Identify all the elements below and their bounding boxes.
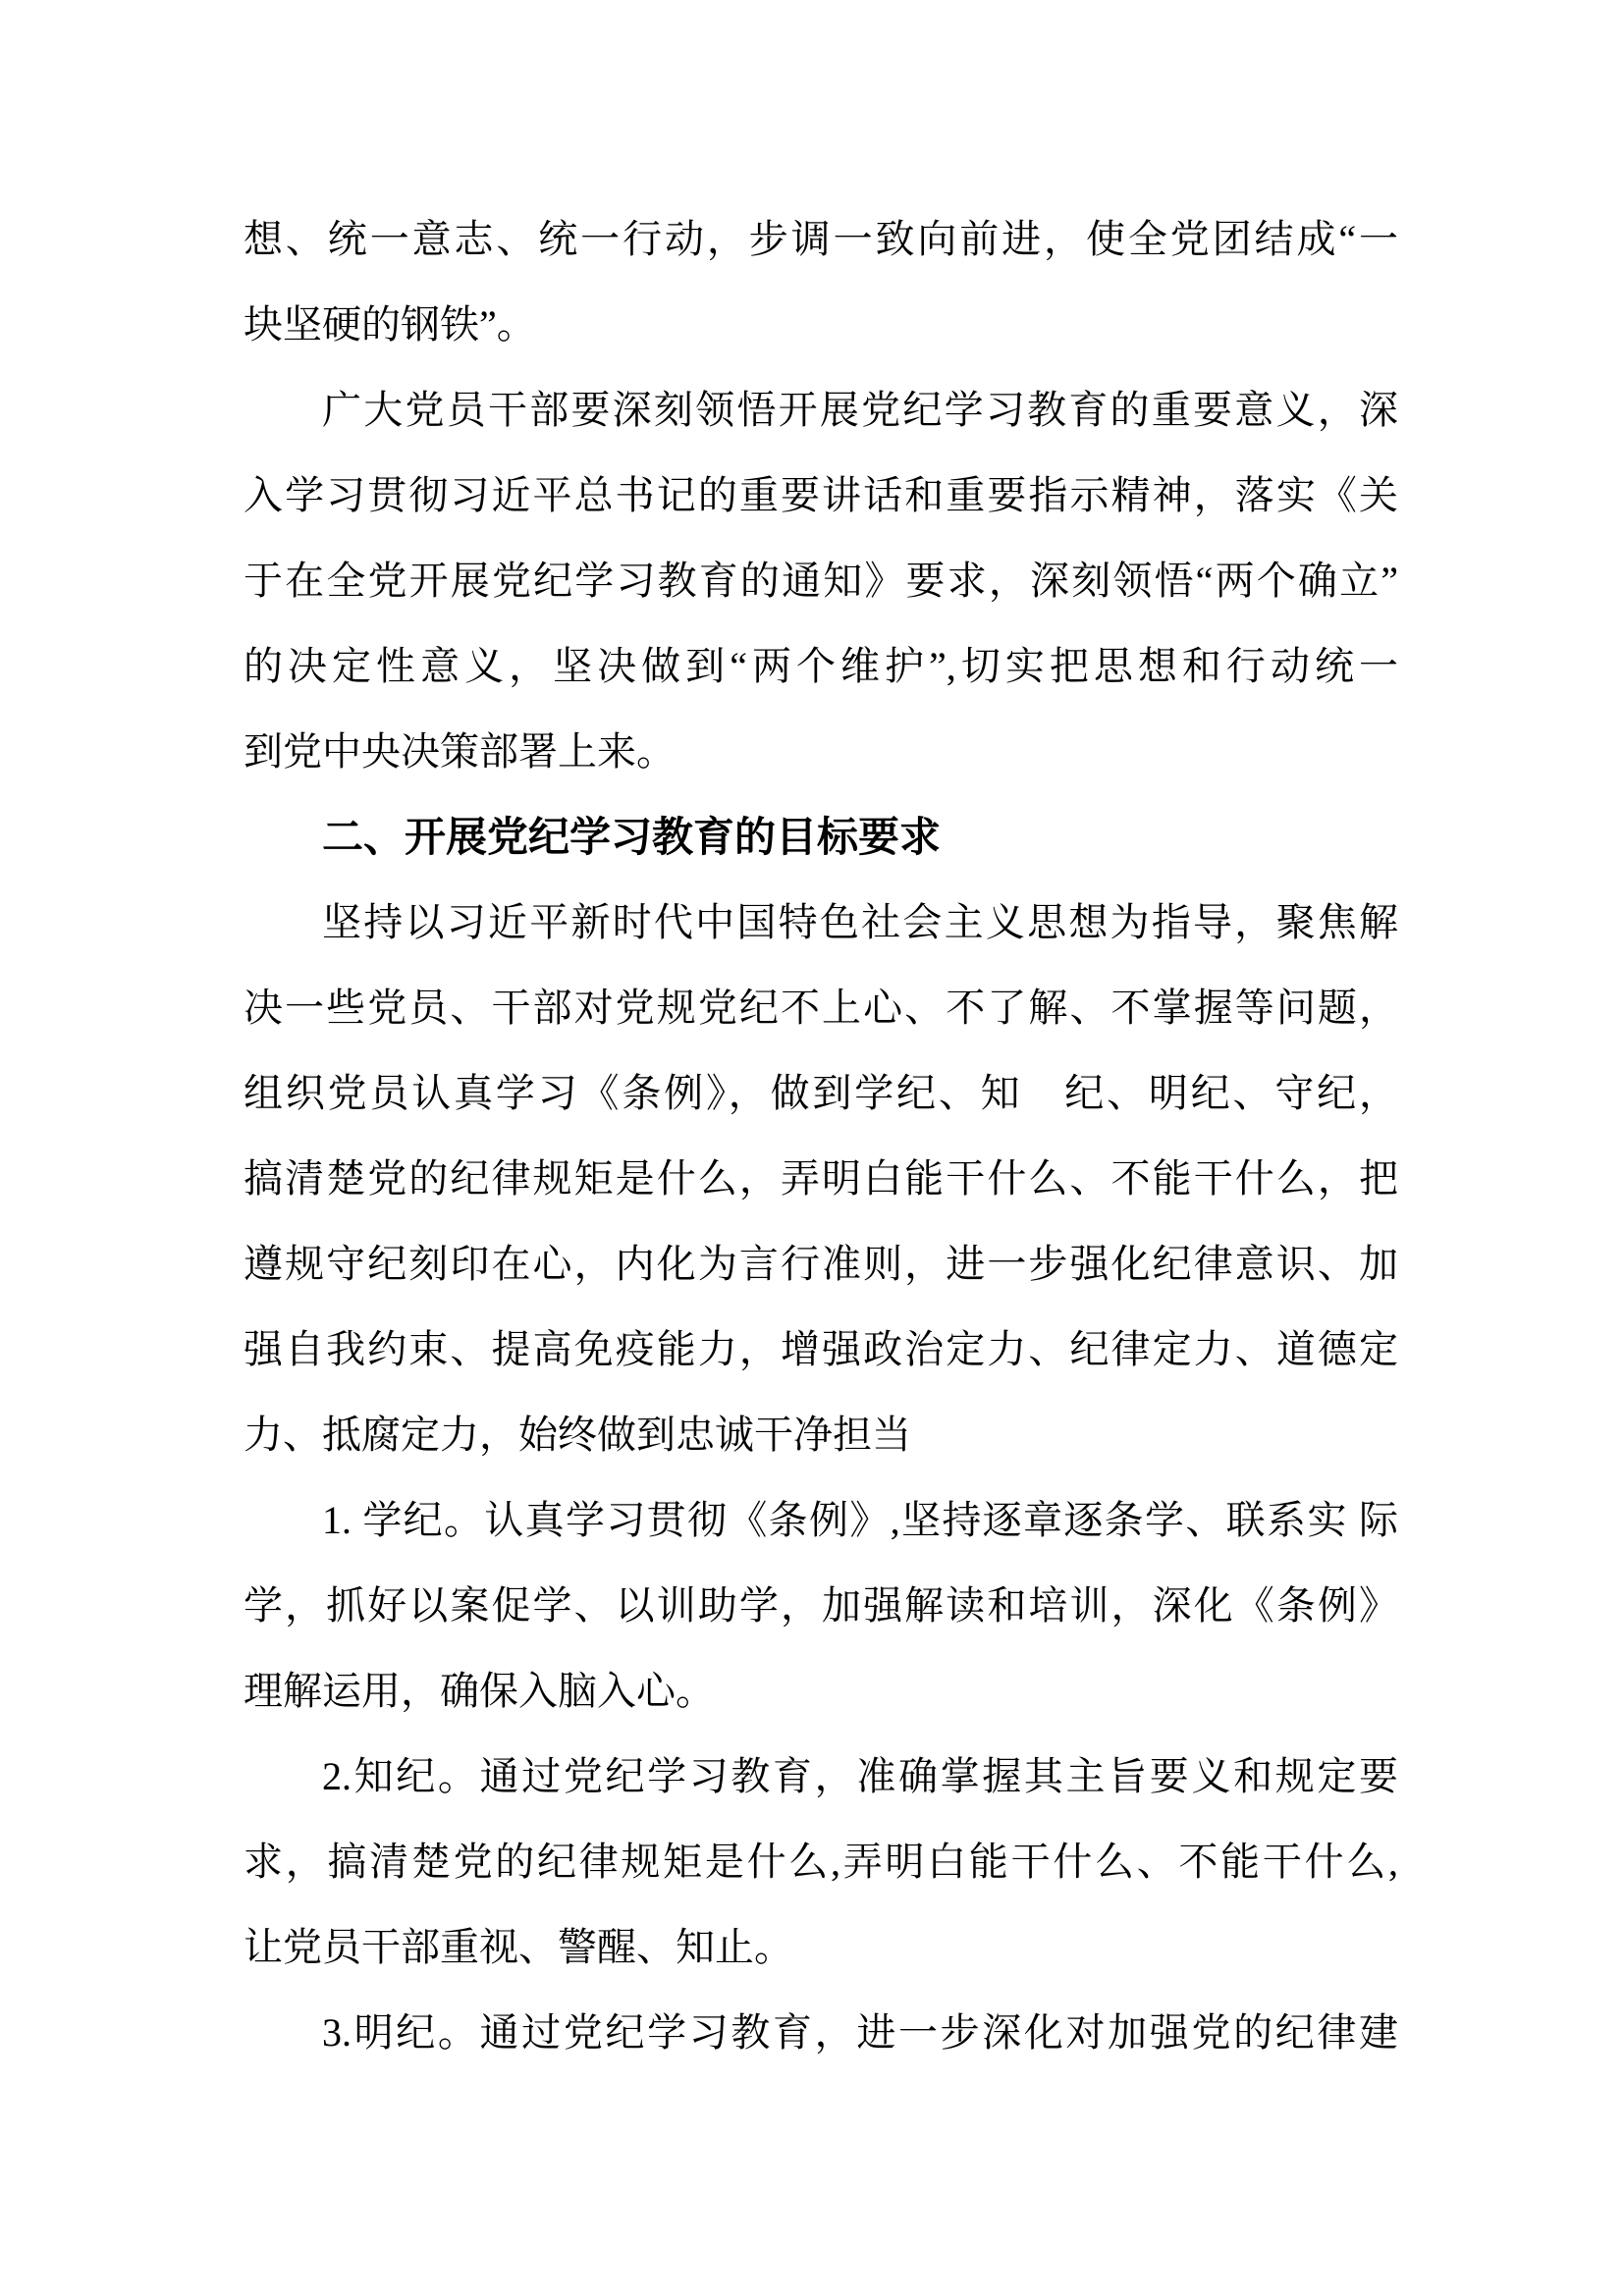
list-item-line: 1. 学纪。认真学习贯彻《条例》,坚持逐章逐条学、联系实 际	[244, 1477, 1398, 1563]
paragraph-line: 入学习贯彻习近平总书记的重要讲话和重要指示精神，落实《关	[244, 453, 1398, 538]
paragraph-line: 理解运用，确保入脑入心。	[244, 1648, 1398, 1734]
paragraph-line: 的决定性意义，坚决做到“两个维护”,切实把思想和行动统一	[244, 623, 1398, 709]
paragraph-line: 遵规守纪刻印在心，内化为言行准则，进一步强化纪律意识、加	[244, 1221, 1398, 1307]
document-page: 想、统一意志、统一行动，步调一致向前进，使全党团结成“一 块坚硬的钢铁”。 广大…	[0, 0, 1624, 2296]
paragraph-line: 让党员干部重视、警醒、知止。	[244, 1904, 1398, 1990]
paragraph-line: 到党中央决策部署上来。	[244, 709, 1398, 794]
paragraph-line: 于在全党开展党纪学习教育的通知》要求，深刻领悟“两个确立”	[244, 538, 1398, 623]
paragraph-line: 块坚硬的钢铁”。	[244, 282, 1398, 367]
list-item-line: 2.知纪。通过党纪学习教育，准确掌握其主旨要义和规定要	[244, 1734, 1398, 1819]
paragraph-line: 广大党员干部要深刻领悟开展党纪学习教育的重要意义，深	[244, 367, 1398, 453]
paragraph-line: 搞清楚党的纪律规矩是什么，弄明白能干什么、不能干什么，把	[244, 1136, 1398, 1221]
paragraph-line: 决一些党员、干部对党规党纪不上心、不了解、不掌握等问题，	[244, 965, 1398, 1050]
paragraph-line: 坚持以习近平新时代中国特色社会主义思想为指导，聚焦解	[244, 880, 1398, 965]
paragraph-line: 力、抵腐定力，始终做到忠诚干净担当	[244, 1392, 1398, 1477]
paragraph-line: 强自我约束、提高免疫能力，增强政治定力、纪律定力、道德定	[244, 1307, 1398, 1392]
document-body: 想、统一意志、统一行动，步调一致向前进，使全党团结成“一 块坚硬的钢铁”。 广大…	[244, 196, 1398, 2075]
paragraph-line: 组织党员认真学习《条例》，做到学纪、知 纪、明纪、守纪，	[244, 1050, 1398, 1136]
paragraph-line: 求，搞清楚党的纪律规矩是什么,弄明白能干什么、不能干什么,	[244, 1819, 1398, 1904]
paragraph-line: 学，抓好以案促学、以训助学，加强解读和培训，深化《条例》	[244, 1563, 1398, 1648]
paragraph-line: 想、统一意志、统一行动，步调一致向前进，使全党团结成“一	[244, 196, 1398, 282]
section-heading: 二、开展党纪学习教育的目标要求	[244, 794, 1398, 880]
list-item-line: 3.明纪。通过党纪学习教育，进一步深化对加强党的纪律建	[244, 1990, 1398, 2075]
